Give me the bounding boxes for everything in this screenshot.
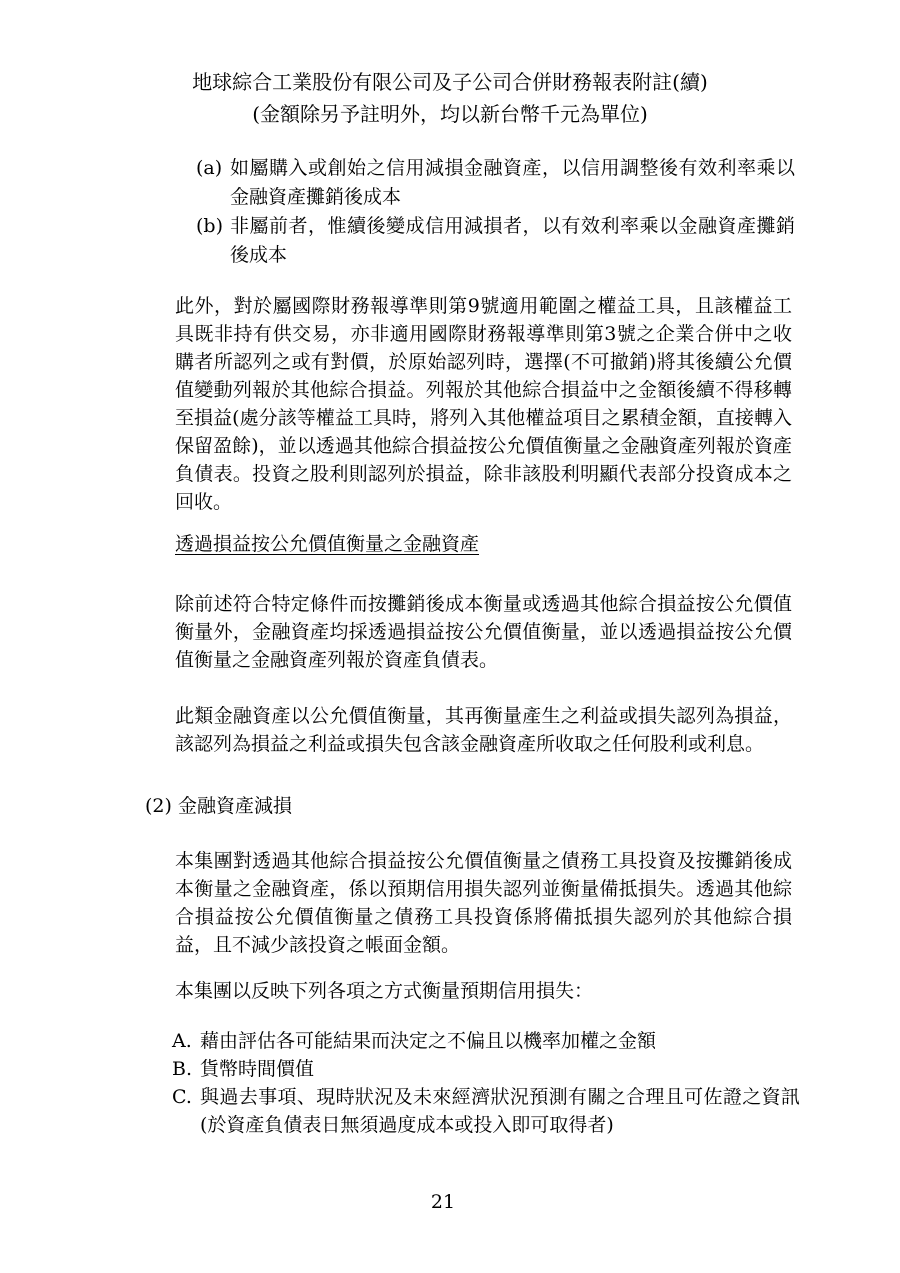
document-header: 地球綜合工業股份有限公司及子公司合併財務報表附註(續) (金額除另予註明外，均以… xyxy=(0,0,900,130)
list-item-a-label: (a) xyxy=(196,154,222,183)
numbered-item-2-title: 金融資產減損 xyxy=(178,795,292,817)
paragraph-equity-instruments: 此外，對於屬國際財務報導準則第9號適用範圍之權益工具，且該權益工具既非持有供交易… xyxy=(175,292,792,516)
list-item-b: (b) 非屬前者，惟續後變成信用減損者，以有效利率乘以金融資產攤銷後成本 xyxy=(196,212,795,270)
numbered-item-2-label: (2) xyxy=(145,792,172,820)
ecl-factor-c-label: C. xyxy=(172,1083,192,1111)
ecl-factor-a-text: 藉由評估各可能結果而決定之不偏且以機率加權之金額 xyxy=(200,1030,656,1052)
paragraph-impairment: 本集團對透過其他綜合損益按公允價值衡量之債務工具投資及按攤銷後成本衡量之金融資產… xyxy=(175,847,792,959)
section-heading-text: 透過損益按公允價值衡量之金融資產 xyxy=(175,533,479,555)
paragraph-fvtpl-gains-losses: 此類金融資產以公允價值衡量，其再衡量產生之利益或損失認列為損益，該認列為損益之利… xyxy=(175,702,792,758)
ecl-factor-c-text: 與過去事項、現時狀況及未來經濟狀況預測有關之合理且可佐證之資訊(於資產負債表日無… xyxy=(200,1086,800,1136)
ecl-factors-list: A. 藉由評估各可能結果而決定之不偏且以機率加權之金額 B. 貨幣時間價值 C.… xyxy=(172,1027,800,1139)
report-title: 地球綜合工業股份有限公司及子公司合併財務報表附註(續) xyxy=(0,66,900,98)
ecl-factor-c: C. 與過去事項、現時狀況及未來經濟狀況預測有關之合理且可佐證之資訊(於資產負債… xyxy=(172,1083,800,1139)
section-heading-fvtpl: 透過損益按公允價值衡量之金融資產 xyxy=(175,530,792,558)
paragraph-fvtpl-measurement: 除前述符合特定條件而按攤銷後成本衡量或透過其他綜合損益按公允價值衡量外，金融資產… xyxy=(175,590,792,674)
list-item-a-text: 如屬購入或創始之信用減損金融資產，以信用調整後有效利率乘以金融資產攤銷後成本 xyxy=(230,157,795,208)
ecl-factor-b: B. 貨幣時間價值 xyxy=(172,1055,800,1083)
currency-unit-note: (金額除另予註明外，均以新台幣千元為單位) xyxy=(0,98,900,130)
page-number: 21 xyxy=(0,1188,886,1216)
list-item-a: (a) 如屬購入或創始之信用減損金融資產，以信用調整後有效利率乘以金融資產攤銷後… xyxy=(196,154,795,212)
ecl-factor-b-text: 貨幣時間價值 xyxy=(200,1058,314,1080)
document-page: 地球綜合工業股份有限公司及子公司合併財務報表附註(續) (金額除另予註明外，均以… xyxy=(0,0,900,1273)
paragraph-ecl-intro: 本集團以反映下列各項之方式衡量預期信用損失： xyxy=(175,977,792,1005)
list-item-b-label: (b) xyxy=(196,212,223,241)
ecl-factor-b-label: B. xyxy=(172,1055,192,1083)
numbered-item-2: (2) 金融資產減損 xyxy=(145,792,792,820)
list-item-b-text: 非屬前者，惟續後變成信用減損者，以有效利率乘以金融資產攤銷後成本 xyxy=(230,215,795,266)
ecl-factor-a: A. 藉由評估各可能結果而決定之不偏且以機率加權之金額 xyxy=(172,1027,800,1055)
lettered-list: (a) 如屬購入或創始之信用減損金融資產，以信用調整後有效利率乘以金融資產攤銷後… xyxy=(196,154,795,270)
ecl-factor-a-label: A. xyxy=(172,1027,192,1055)
